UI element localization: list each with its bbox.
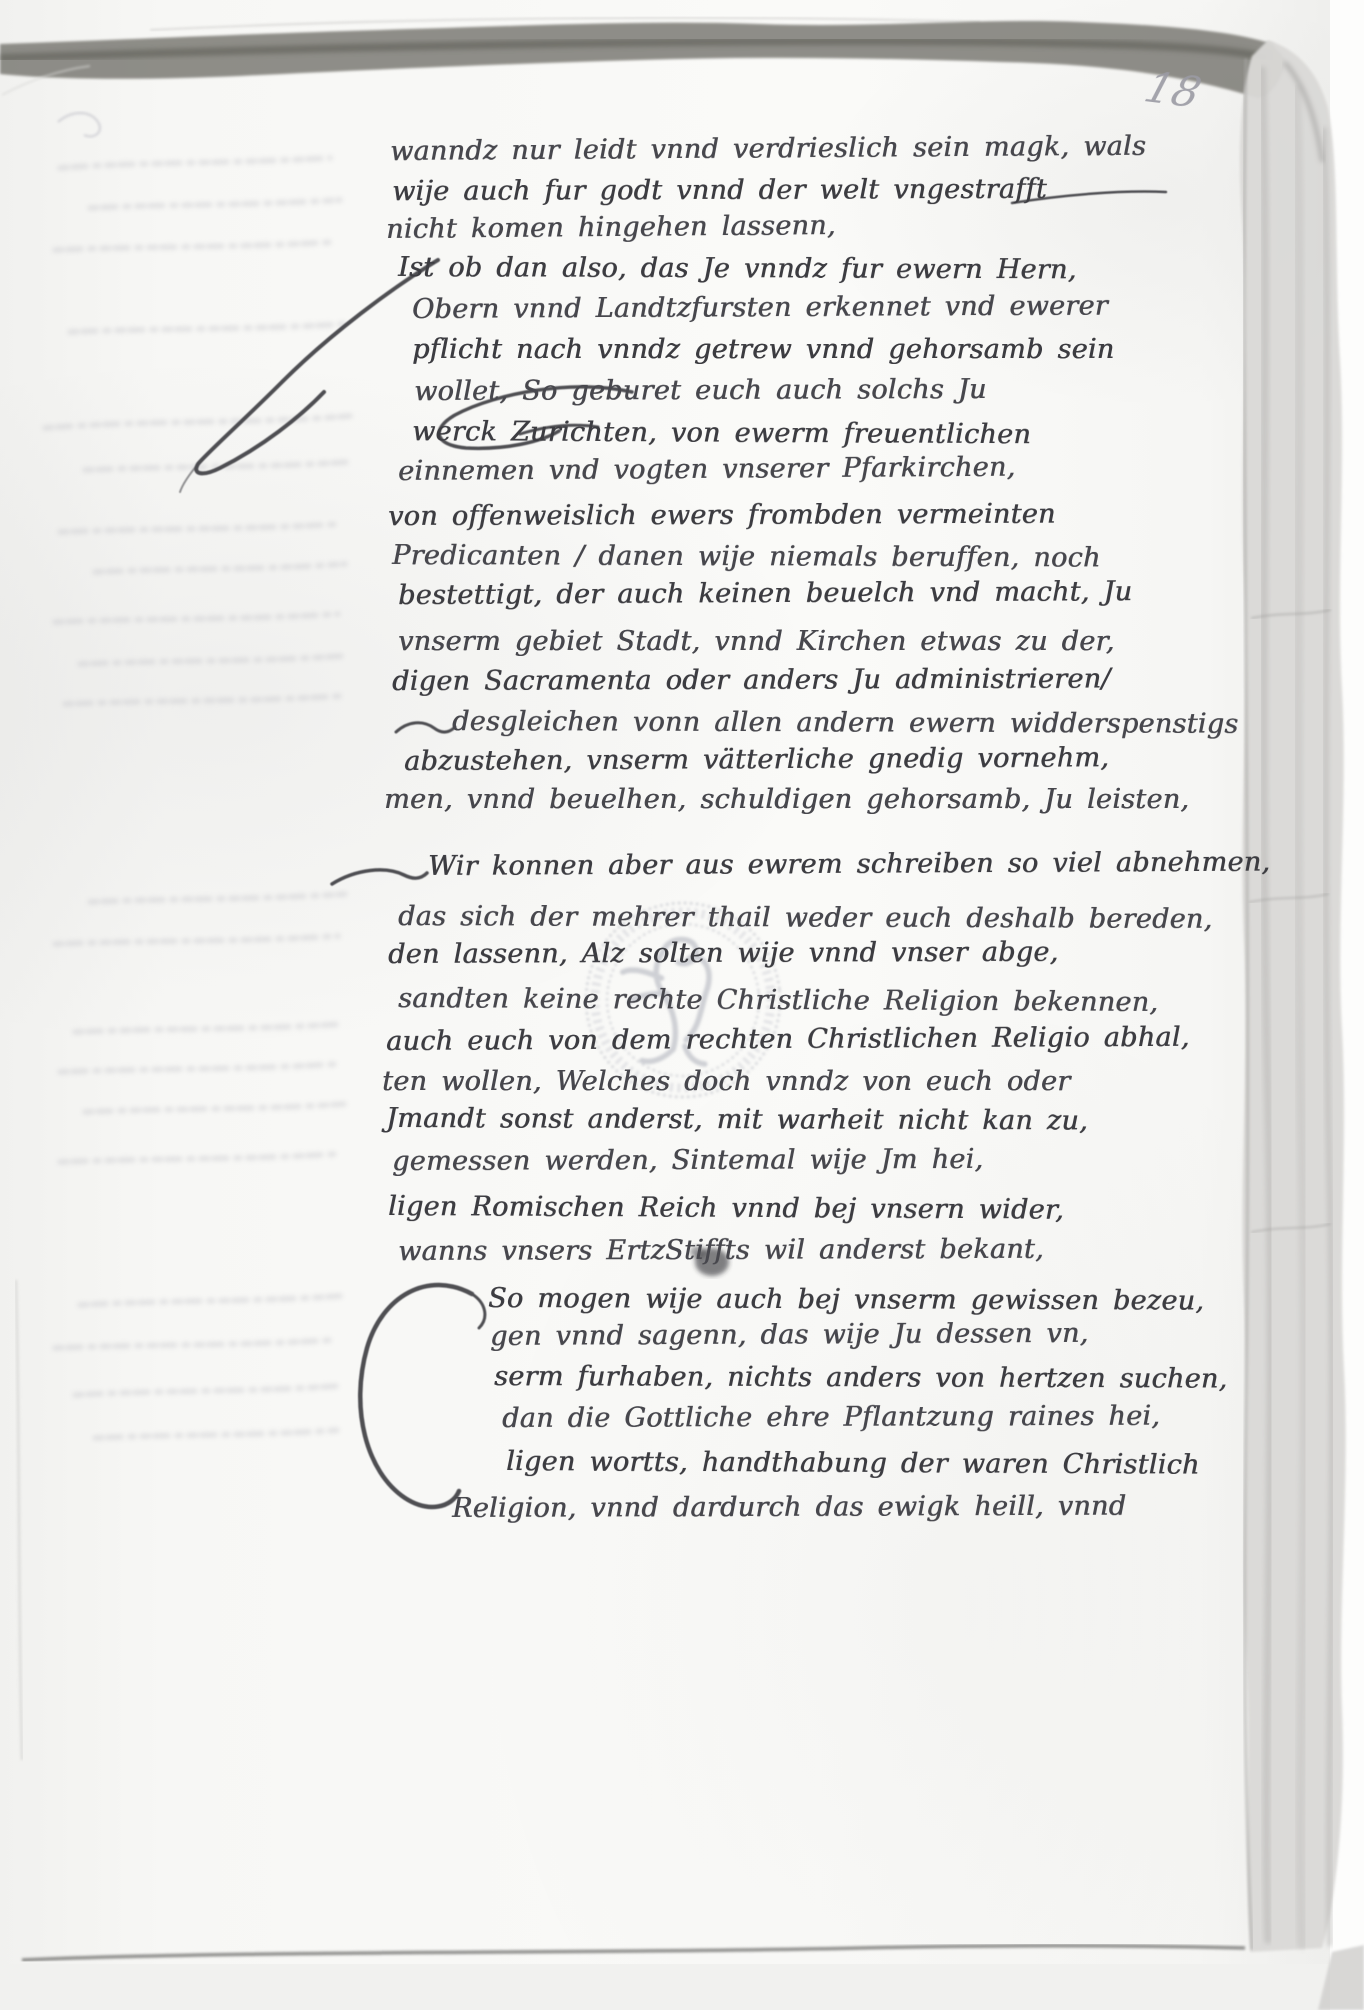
manuscript-line: vnserm gebiet Stadt, vnnd Kirchen etwas … (398, 626, 1115, 657)
manuscript-line: serm furhaben, nichts anders von hertzen… (494, 1361, 1227, 1395)
manuscript-line: desgleichen vonn allen andern ewern widd… (452, 706, 1238, 740)
manuscript-line: auch euch von dem rechten Christlichen R… (386, 1022, 1190, 1057)
verso-bleedthrough (45, 158, 350, 1438)
manuscript-line: einnemen vnd vogten vnserer Pfarkirchen, (398, 452, 1016, 487)
manuscript-line: wije auch fur godt vnnd der welt vngestr… (392, 174, 1047, 207)
pencil-scribble (58, 113, 100, 136)
manuscript-line: So mogen wije auch bej vnserm gewissen b… (488, 1283, 1204, 1316)
manuscript-line: ligen wortts, handthabung der waren Chri… (506, 1446, 1200, 1481)
manuscript-line: wanndz nur leidt vnnd verdrieslich sein … (390, 131, 1146, 167)
manuscript-line: Wir konnen aber aus ewrem schreiben so v… (428, 847, 1270, 882)
manuscript-line: ligen Romischen Reich vnnd bej vnsern wi… (388, 1191, 1064, 1226)
manuscript-line: werck Zurichten, von ewerm freuentlichen (412, 416, 1031, 450)
manuscript-line: Religion, vnnd dardurch das ewigk heill,… (452, 1491, 1126, 1524)
manuscript-line: abzustehen, vnserm vätterliche gnedig vo… (404, 742, 1109, 777)
manuscript-line: sandten keine rechte Christliche Religio… (398, 983, 1158, 1018)
manuscript-line: den lassenn, Alz solten wije vnnd vnser … (388, 937, 1058, 970)
manuscript-line: gemessen werden, Sintemal wije Jm hei, (392, 1144, 983, 1177)
manuscript-line: wanns vnsers ErtzStiffts wil anderst bek… (398, 1234, 1044, 1267)
manuscript-line: Predicanten / danen wije niemals beruffe… (392, 540, 1101, 573)
manuscript-line: Obern vnnd Landtzfursten erkennet vnd ew… (412, 290, 1108, 325)
manuscript-line: dan die Gottliche ehre Pflantzung raines… (502, 1401, 1160, 1434)
manuscript-line: ten wollen, Welches doch vnndz von euch … (382, 1066, 1070, 1097)
manuscript-line: men, vnnd beuelhen, schuldigen gehorsamb… (384, 784, 1189, 815)
manuscript-line: gen vnnd sagenn, das wije Ju dessen vn, (490, 1318, 1089, 1352)
manuscript-scan: 18 wanndz nur leidt vnnd verdrieslich se… (0, 0, 1364, 2010)
page-bottom-edge (22, 1946, 1245, 1960)
manuscript-line: Ist ob dan also, das Je vnndz fur ewern … (398, 252, 1077, 285)
manuscript-line: von offenweislich ewers frombden vermein… (388, 499, 1056, 532)
manuscript-line: Jmandt sonst anderst, mit warheit nicht … (386, 1103, 1088, 1136)
manuscript-line: bestettigt, der auch keinen beuelch vnd … (398, 576, 1132, 611)
manuscript-line: nicht komen hingehen lassenn, (386, 210, 836, 245)
manuscript-line: das sich der mehrer thail weder euch des… (398, 901, 1212, 935)
background-bottom-margin (0, 1964, 1330, 2010)
manuscript-line: pflicht nach vnndz getrew vnnd gehorsamb… (412, 334, 1114, 365)
page-top-edge (0, 21, 1286, 98)
manuscript-line: wollet, So geburet euch auch solchs Ju (414, 374, 987, 407)
manuscript-line: digen Sacramenta oder anders Ju administ… (392, 663, 1111, 697)
page-left-crease (16, 1280, 22, 1760)
